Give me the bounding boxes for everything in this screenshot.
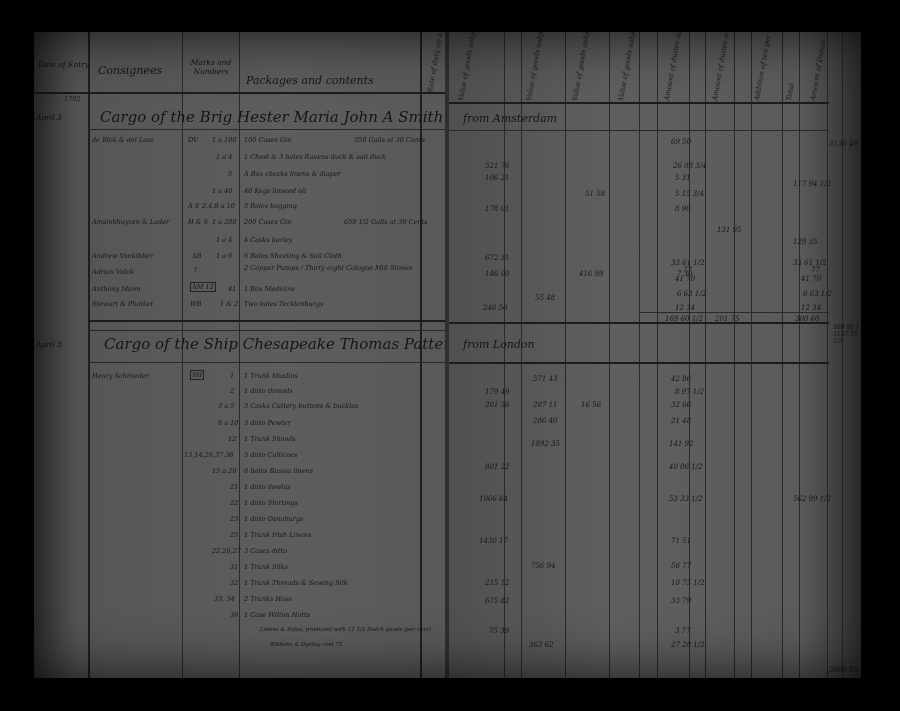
- value-5: 178 01: [485, 205, 510, 213]
- section-rule-1: [449, 130, 829, 131]
- section-2-title: Cargo of the Ship Chesapeake Thomas Patt…: [104, 335, 449, 353]
- header-total: Total: [785, 83, 796, 102]
- numbers: 3 a 5: [218, 402, 234, 410]
- rule: [521, 32, 522, 678]
- contents: 1 Box Medicine: [244, 285, 295, 293]
- rule: [609, 32, 610, 678]
- rule: [705, 32, 706, 678]
- consignee: Andrew Vankibber: [92, 252, 153, 260]
- numbers: 21: [230, 483, 238, 491]
- value-7-5: 207 11: [533, 401, 558, 409]
- ad-valorem: 26 08 3/4: [673, 162, 707, 170]
- contents: 1 Trunk Shawls: [244, 435, 296, 443]
- consignee: Amsinkhuyzen & Lader: [92, 218, 169, 226]
- numbers: 1 a 200: [212, 218, 237, 226]
- value-7-5: 55 48: [535, 294, 555, 302]
- numbers: 5: [228, 170, 232, 178]
- marks-stamp: AM 12: [190, 282, 216, 292]
- section-1-date: April 3: [36, 113, 62, 122]
- rule: [842, 32, 843, 678]
- header-duties-enumerated: Amount of duties on enumerated Articles: [711, 32, 744, 101]
- ad-valorem: 71 51: [671, 537, 691, 545]
- origin-london: from London: [463, 338, 535, 351]
- contents: A Box checks linens & diaper: [244, 170, 341, 178]
- total: 77: [811, 266, 820, 274]
- ad-valorem: 77: [683, 266, 692, 274]
- rule: [639, 32, 640, 678]
- ad-valorem: 56 77: [671, 562, 691, 570]
- numbers: 32: [230, 579, 238, 587]
- numbers: 15 a 20: [212, 467, 237, 475]
- header-rule: [449, 102, 829, 104]
- ad-valorem: 8 97 1/2: [675, 388, 704, 396]
- value-5: 672 31: [485, 254, 510, 262]
- contents: 200 Cases Gin: [244, 218, 291, 226]
- header-value-5pct: Value of goods subject to 5 per Cent: [457, 32, 487, 101]
- subtotal-duties: 300 60 / 3137 35 1/2: [833, 324, 861, 345]
- value-5: 106 21: [485, 174, 510, 182]
- value-5: 1066 64: [479, 495, 508, 503]
- section-rule-2a: [88, 330, 449, 331]
- numbers: 25: [230, 531, 238, 539]
- contents: 3 ditto Pewter: [244, 419, 291, 427]
- numbers: 1 a 4: [216, 153, 232, 161]
- value-5: 179 49: [485, 388, 510, 396]
- value-7-5: 1892 35: [531, 440, 560, 448]
- section-end-rule-1: [88, 320, 449, 322]
- contents: Two bales Tecklenburgs: [244, 300, 323, 308]
- value-10: 416 99: [579, 270, 604, 278]
- section-rule-2: [449, 362, 829, 364]
- subtotal-enum: 201 75: [715, 315, 740, 323]
- value-5: 801 22: [485, 463, 510, 471]
- marks: DV: [188, 136, 198, 144]
- total: 41 70: [801, 275, 821, 283]
- numbers: 31: [230, 563, 238, 571]
- header-amount-duties: Amount of Duties: [809, 39, 828, 101]
- numbers: 12: [228, 435, 236, 443]
- contents: 3 Cases ditto: [244, 547, 287, 555]
- ad-valorem: 42 86: [671, 375, 691, 383]
- header-consignees: Consignees: [98, 64, 162, 77]
- section-1-title: Cargo of the Brig Hester Maria John A Sm…: [100, 108, 449, 126]
- numbers: 2: [230, 387, 234, 395]
- contents: 6 bales Russia linens: [244, 467, 313, 475]
- header-rule: [34, 92, 449, 94]
- numbers: 22,26,27: [212, 547, 241, 555]
- ad-valorem: 5 15 3/4: [675, 190, 704, 198]
- total: 12 34: [801, 304, 821, 312]
- section-rule-1: [88, 129, 449, 130]
- ad-valorem: 10 75 1/2: [671, 579, 705, 587]
- contents: 5 Bales bagging: [244, 202, 297, 210]
- header-duties-ad-valorem: Amount of duties ad Valorem: [663, 32, 689, 101]
- contents: 1 Trunk Silks: [244, 563, 288, 571]
- numbers: 1 a 4: [216, 236, 232, 244]
- value-7-5: 756 94: [531, 562, 556, 570]
- origin-amsterdam: from Amsterdam: [463, 112, 557, 125]
- value-7-5: 286 40: [533, 417, 558, 425]
- header-value-10pct: Value of goods subject to 10 per Cent: [571, 32, 602, 101]
- header-value-12-5pct: Value of goods subject to 12 1/2 per Cen…: [617, 32, 650, 101]
- value-7-5: 571 43: [533, 375, 558, 383]
- marks-stamp: SH: [190, 370, 204, 380]
- value-5: 146 00: [485, 270, 510, 278]
- marks: H & S: [188, 218, 208, 226]
- contents: 2 Trunks Hose: [244, 595, 292, 603]
- ad-valorem: 40 06 1/2: [669, 463, 703, 471]
- ad-valorem: 5 31: [675, 174, 691, 182]
- consignee: de Blok & del Loss: [92, 136, 154, 144]
- marks: A S: [188, 202, 199, 210]
- value-5: 215 12: [485, 579, 510, 587]
- ledger-left-page: Date of Entry Consignees Marks and Numbe…: [34, 32, 449, 678]
- enum-duty: 69 50: [671, 138, 691, 146]
- contents: 1 Trunk Muslins: [244, 372, 298, 380]
- contents: 40 Kegs linseed oil: [244, 187, 306, 195]
- section-end-rule: [449, 322, 829, 324]
- note: Linens & Sofas, produced with 12 1/2 Dut…: [260, 627, 431, 633]
- grand-total: 3688 85: [829, 666, 858, 674]
- contents: 1 Trunk Irish Linens: [244, 531, 311, 539]
- numbers: 36: [230, 611, 238, 619]
- enum-duty: 131 95: [717, 226, 742, 234]
- contents: 1 Case Wilton Hatts: [244, 611, 310, 619]
- subtotal-ad-valorem: 169 60 1/2: [665, 315, 703, 323]
- contents: 1 Chest & 3 bales Ravens duck & sail duc…: [244, 153, 386, 161]
- numbers: 41: [228, 285, 236, 293]
- numbers: 1 a 6: [216, 252, 232, 260]
- marks: AB: [192, 252, 201, 260]
- total: 129 35: [793, 238, 818, 246]
- total: 562 99 1/2: [793, 495, 831, 503]
- rule: [799, 32, 800, 678]
- ad-valorem: 33 79: [671, 597, 691, 605]
- contents: 1 ditto dowlas: [244, 483, 291, 491]
- numbers: 1 a 40: [212, 187, 232, 195]
- consignee: Stewart & Plunket: [92, 300, 153, 308]
- marks: WB: [190, 300, 201, 308]
- section-2-date: April 3: [36, 340, 62, 349]
- contents: 3 Casks Cutlery buttons & buckles: [244, 402, 358, 410]
- header-date-of-entry: Date of Entry: [38, 60, 89, 69]
- note: 359 Galls at 30 Cents: [354, 136, 425, 144]
- numbers: 1 & 2: [220, 300, 238, 308]
- ad-valorem: 21 48: [671, 417, 691, 425]
- numbers: 8 a 10: [218, 419, 238, 427]
- total: 33 61 1/2: [793, 259, 827, 267]
- ad-valorem: 141 92: [669, 440, 694, 448]
- note: 659 1/2 Galls at 30 Cents: [344, 218, 427, 226]
- value-5: 75 39: [489, 627, 509, 635]
- header-marks-numbers: Marks and Numbers: [184, 58, 238, 76]
- subtotal-total: 300 60: [795, 315, 820, 323]
- marks: †: [194, 266, 197, 274]
- ad-valorem: 41 70: [675, 275, 695, 283]
- rule: [565, 32, 566, 678]
- contents: 100 Cases Gin: [244, 136, 291, 144]
- numbers: 23: [230, 515, 238, 523]
- numbers: 2.4.8 a 10: [202, 202, 235, 210]
- subtotal-rule: [639, 312, 829, 313]
- numbers: 1 a 100: [212, 136, 237, 144]
- ad-valorem: 6 63 1/2: [677, 290, 706, 298]
- consignee: Anthony Mann: [92, 285, 140, 293]
- contents: 1 Trunk Threads & Sewing Silk: [244, 579, 348, 587]
- contents: 2 Copper Pumps / Thirty eight Cologne Mi…: [244, 264, 412, 272]
- rule: [734, 32, 735, 678]
- amount-duties: 3136 49 1/2: [829, 140, 861, 148]
- value-5: 521 76: [485, 162, 510, 170]
- rule: [782, 32, 783, 678]
- contents: 1 ditto Osnaburgs: [244, 515, 303, 523]
- numbers: 33, 34: [214, 595, 235, 603]
- value-10: 16 56: [581, 401, 601, 409]
- value-7-5: 363 62: [529, 641, 554, 649]
- rule: [751, 32, 752, 678]
- header-value-7-5pct: Value of goods subject to 7 1/2 per Cent: [525, 32, 558, 101]
- ad-valorem: 3 77: [675, 627, 691, 635]
- ad-valorem: 12 34: [675, 304, 695, 312]
- value-5: 675 82: [485, 597, 510, 605]
- consignee: Adrian Valck: [92, 268, 134, 276]
- rule: [827, 32, 828, 678]
- value-5: 201 56: [485, 401, 510, 409]
- total: 117 94 1/2: [793, 180, 831, 188]
- numbers: 13,14,26,37,38: [184, 451, 234, 459]
- rule: [657, 32, 658, 678]
- year: 1792: [64, 95, 81, 103]
- consignee: Henry Schroeder: [92, 372, 149, 380]
- value-10: 51 58: [585, 190, 605, 198]
- ad-valorem: 32 66: [671, 401, 691, 409]
- contents: 4 Casks barley: [244, 236, 292, 244]
- note: Ribbons & Dyeing cost 72: [270, 642, 343, 648]
- value-5: 1430 17: [479, 537, 508, 545]
- contents: 6 Bales Sheeting & Sail Cloth: [244, 252, 342, 260]
- ad-valorem: 53 33 1/2: [669, 495, 703, 503]
- ledger-right-page: Value of goods subject to 5 per Cent Val…: [449, 32, 861, 678]
- contents: 1 ditto threads: [244, 387, 293, 395]
- ad-valorem: 27 28 1/2: [671, 641, 705, 649]
- section-rule-2b: [88, 362, 449, 363]
- header-packages-contents: Packages and contents: [246, 74, 374, 87]
- numbers: 1: [230, 372, 234, 380]
- ad-valorem: 8 90: [675, 205, 691, 213]
- numbers: 22: [230, 499, 238, 507]
- contents: 5 ditto Callicoes: [244, 451, 297, 459]
- total: 6 63 1/2: [803, 290, 832, 298]
- contents: 1 ditto Shirtings: [244, 499, 298, 507]
- value-5: 246 50: [483, 304, 508, 312]
